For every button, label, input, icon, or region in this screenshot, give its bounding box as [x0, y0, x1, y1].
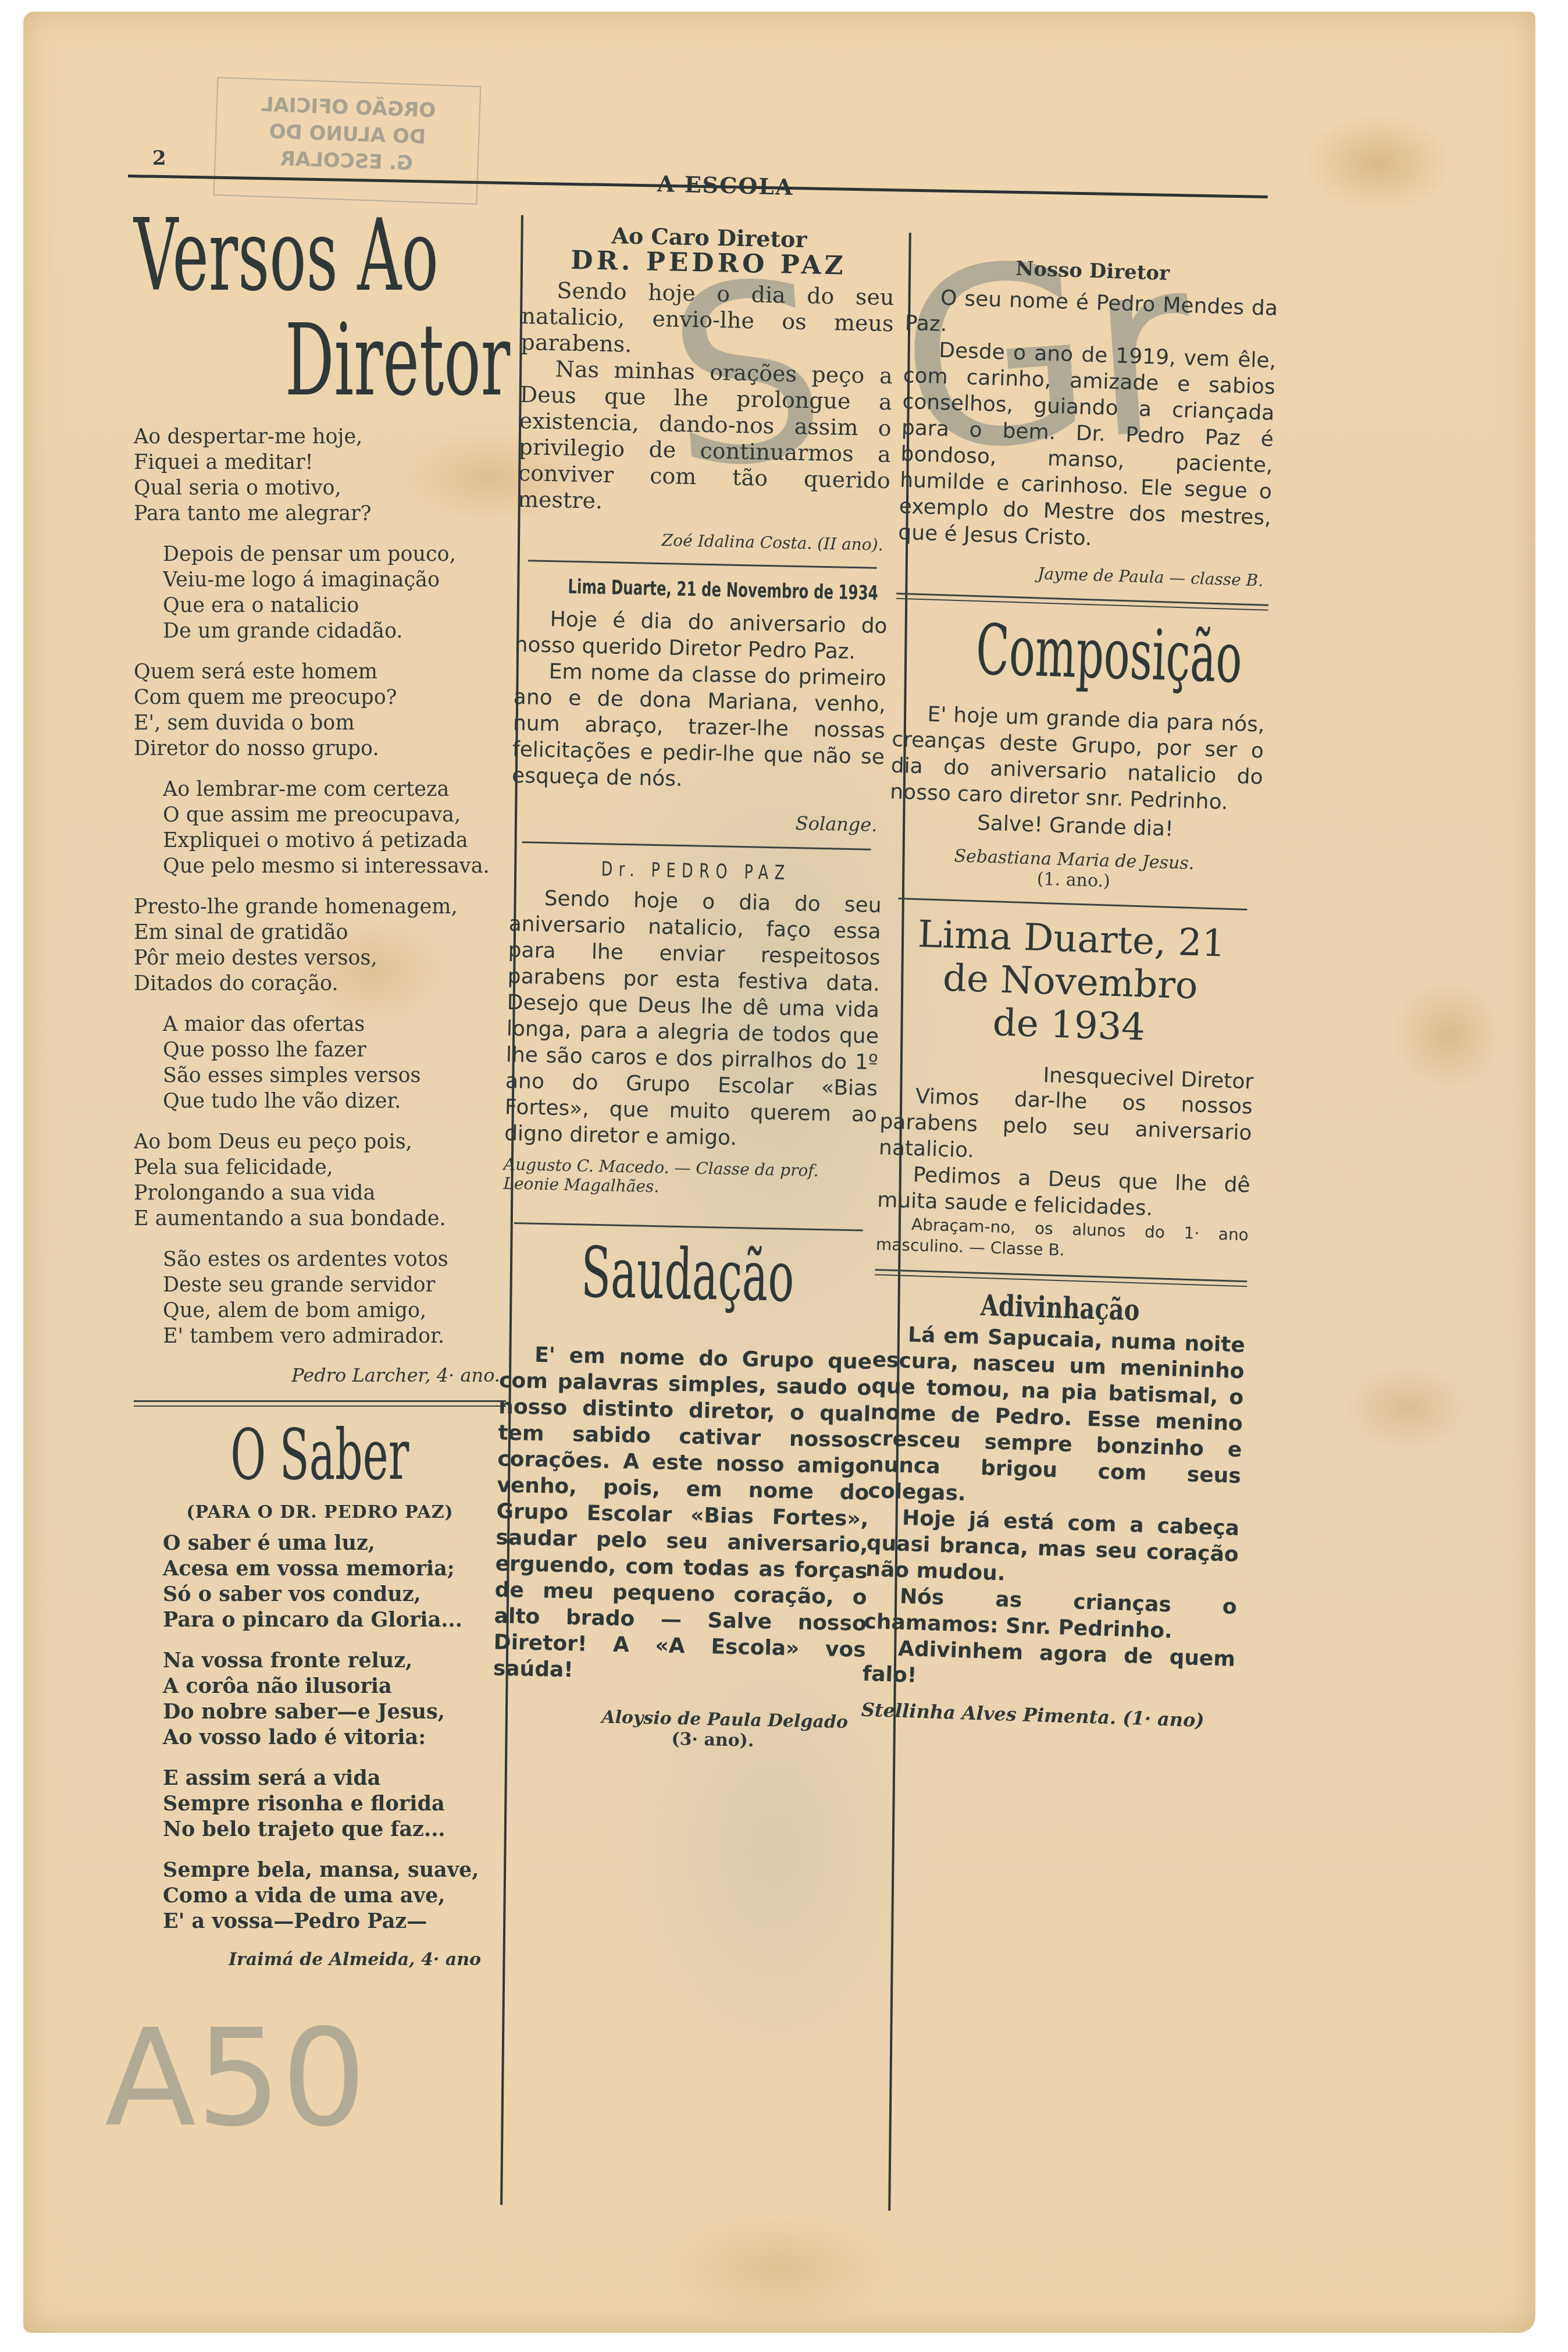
- article-dr-pedro-paz: Dr. PEDRO PAZ Sendo hoje o dia do seu an…: [503, 856, 882, 1201]
- paragraph: Adivinhem agora de quem falo!: [862, 1635, 1236, 1699]
- paragraph: Desde o ano de 1919, vem êle, com carinh…: [898, 336, 1277, 557]
- page-number: 2: [152, 147, 166, 170]
- paragraph: Sendo hoje o dia do seu natalicio, envio…: [521, 277, 895, 363]
- stanza: Ao bom Deus eu peço pois, Pela sua felic…: [134, 1129, 506, 1232]
- article-body: E' hoje um grande dia para nós, creanças…: [890, 700, 1265, 817]
- poem-line: A corôa não ilusoria: [163, 1674, 506, 1699]
- article-ao-caro-diretor: Ao Caro Diretor DR. PEDRO PAZ Sendo hoje…: [516, 221, 896, 554]
- stanza: O saber é uma luz, Acesa em vossa memori…: [163, 1531, 506, 1633]
- poem-line: Deste seu grande servidor: [163, 1272, 506, 1298]
- stanza: São estes os ardentes votos Deste seu gr…: [134, 1247, 506, 1349]
- article-heading: Dr. PEDRO PAZ: [556, 856, 836, 885]
- poem-line: São estes os ardentes votos: [163, 1247, 506, 1272]
- poem-line: Ditados do coração.: [134, 971, 506, 997]
- author-signature: Jayme de Paula — classe B.: [897, 560, 1264, 590]
- stanza: E assim será a vida Sempre risonha e flo…: [163, 1766, 506, 1842]
- poem-line: Que era o natalicio: [163, 593, 506, 618]
- article-body: Hoje é dia do aniversario do nosso queri…: [512, 606, 888, 796]
- poem-line: Sempre risonha e florida: [163, 1791, 506, 1817]
- section-divider: [514, 1222, 863, 1232]
- poem-line: E' a vossa—Pedro Paz—: [163, 1909, 506, 1934]
- article-nosso-diretor: Nosso Diretor O seu nome é Pedro Mendes …: [897, 252, 1279, 590]
- date-heading: Lima Duarte, 21 de Novembro de 1934: [882, 912, 1259, 1052]
- poem-line: E assim será a vida: [163, 1766, 506, 1791]
- poem-line: Do nobre saber—e Jesus,: [163, 1699, 506, 1725]
- article-body: E' em nome do Grupo que com palavras sim…: [493, 1342, 872, 1689]
- author-signature: Iraimá de Almeida, 4· ano: [134, 1949, 506, 1970]
- article-title: Diretor: [285, 311, 422, 410]
- title-wrap: Composição: [893, 613, 1267, 695]
- poem-line: Veiu-me logo á imaginação: [163, 567, 506, 593]
- paragraph: E' hoje um grande dia para nós, creanças…: [890, 700, 1265, 817]
- article-body: Sendo hoje o dia do seu aniversario nata…: [504, 885, 882, 1154]
- poem-line: O saber é uma luz,: [163, 1531, 506, 1556]
- section-divider: [528, 560, 877, 569]
- poem-line: Ao vosso lado é vitoria:: [163, 1725, 506, 1750]
- section-divider: [899, 898, 1248, 910]
- section-divider: [522, 841, 871, 851]
- paragraph: Vimos dar-lhe os nossos parabens pelo se…: [878, 1082, 1253, 1172]
- poem-line: Que pelo mesmo si interessava.: [163, 853, 506, 879]
- article-versos-ao-diretor: Versos Ao Diretor Ao despertar-me hoje, …: [134, 207, 506, 1386]
- article-title: Versos Ao: [134, 207, 365, 305]
- poem-line: Sempre bela, mansa, suave,: [163, 1858, 506, 1883]
- stanza: Presto-lhe grande homenagem, Em sinal de…: [134, 894, 506, 997]
- article-adivinhacao: Adivinhação Lá em Sapucaia, numa noite e…: [861, 1289, 1246, 1732]
- poem-line: Ao bom Deus eu peço pois,: [134, 1129, 506, 1155]
- poem-line: A maior das ofertas: [163, 1012, 506, 1037]
- stanza: Depois de pensar um pouco, Veiu-me logo …: [134, 542, 506, 644]
- section-divider: [875, 1269, 1247, 1287]
- poem-line: No belo trajeto que faz...: [163, 1817, 506, 1842]
- poem-line: Como a vida de uma ave,: [163, 1883, 506, 1909]
- paragraph: E' em nome do Grupo que com palavras sim…: [493, 1342, 872, 1689]
- article-lima-duarte-big: Lima Duarte, 21 de Novembro de 1934 Ines…: [875, 912, 1258, 1266]
- column-right: Nosso Diretor O seu nome é Pedro Mendes …: [861, 244, 1279, 1732]
- article-o-saber: O Saber (PARA O DR. PEDRO PAZ) O saber é…: [134, 1421, 506, 1970]
- article-title: O Saber: [230, 1421, 409, 1490]
- column-middle: Ao Caro Diretor DR. PEDRO PAZ Sendo hoje…: [491, 221, 896, 1753]
- poem-line: E aumentando a sua bondade.: [134, 1206, 506, 1232]
- title-wrap: O Saber: [134, 1421, 506, 1490]
- article-heading: DR. PEDRO PAZ: [522, 247, 895, 280]
- title-wrap: Saudação: [501, 1237, 874, 1314]
- poem-line: Para o pincaro da Gloria...: [163, 1607, 506, 1633]
- rubber-stamp: ORGÃO OFICIAL DO ALUNO DO G. ESCOLAR: [213, 77, 482, 205]
- article-subtitle: (PARA O DR. PEDRO PAZ): [134, 1502, 506, 1522]
- poem-line: Pôr meio destes versos,: [134, 945, 506, 971]
- article-title: Adivinhação: [911, 1290, 1209, 1325]
- poem-line: Na vossa fronte reluz,: [163, 1648, 506, 1674]
- poem-line: São esses simples versos: [163, 1063, 506, 1088]
- poem-line: Depois de pensar um pouco,: [163, 542, 506, 567]
- poem-line: Em sinal de gratidão: [134, 920, 506, 945]
- poem-line: Ao lembrar-me com certeza: [163, 777, 506, 802]
- poem-line: Quem será este homem: [134, 659, 506, 685]
- article-composicao: Composição E' hoje um grande dia para nó…: [887, 613, 1267, 896]
- paragraph: Sendo hoje o dia do seu aniversario nata…: [504, 885, 882, 1154]
- stanza: Sempre bela, mansa, suave, Como a vida d…: [163, 1858, 506, 1934]
- stanza: Ao lembrar-me com certeza O que assim me…: [134, 777, 506, 879]
- author-signature: Pedro Larcher, 4· ano.: [134, 1364, 500, 1386]
- section-divider: [896, 593, 1268, 611]
- author-signature: Zoé Idalina Costa. (II ano).: [516, 528, 883, 554]
- poem-line: De um grande cidadão.: [163, 618, 506, 644]
- poem-line: Com quem me preocupo?: [134, 685, 506, 710]
- poem-line: O que assim me preocupava,: [163, 802, 506, 828]
- stanza: Ao despertar-me hoje, Fiquei a meditar! …: [134, 424, 506, 526]
- poem-line: Fiquei a meditar!: [134, 450, 506, 475]
- paragraph: Lá em Sapucaia, numa noite escura, nasce…: [868, 1321, 1246, 1515]
- stanza: A maior das ofertas Que posso lhe fazer …: [134, 1012, 506, 1114]
- article-body: Vimos dar-lhe os nossos parabens pelo se…: [875, 1082, 1253, 1266]
- article-body: Lá em Sapucaia, numa noite escura, nasce…: [862, 1321, 1245, 1699]
- article-body: O seu nome é Pedro Mendes da Paz. Desde …: [898, 284, 1278, 557]
- paragraph: Nas minhas orações peço a Deus que lhe p…: [518, 355, 893, 520]
- poem-line: Qual seria o motivo,: [134, 475, 506, 501]
- poem-line: Expliquei o motivo á petizada: [163, 828, 506, 853]
- poem: O saber é uma luz, Acesa em vossa memori…: [134, 1531, 506, 1934]
- poem-line: Pela sua felicidade,: [134, 1155, 506, 1180]
- section-divider: [134, 1400, 506, 1407]
- article-lima-duarte: Lima Duarte, 21 de Novembro de 1934 Hoje…: [511, 574, 888, 836]
- poem-line: Que posso lhe fazer: [163, 1037, 506, 1063]
- poem-line: Para tanto me alegrar?: [134, 501, 506, 526]
- poem-line: Diretor do nosso grupo.: [134, 736, 506, 762]
- stanza: Na vossa fronte reluz, A corôa não iluso…: [163, 1648, 506, 1750]
- paragraph: Hoje já está com a cabeça quasi branca, …: [865, 1504, 1240, 1594]
- poem: Ao despertar-me hoje, Fiquei a meditar! …: [134, 424, 506, 1349]
- article-heading: Nosso Diretor: [906, 252, 1279, 290]
- column-left: Versos Ao Diretor Ao despertar-me hoje, …: [134, 207, 506, 1970]
- poem-line: E', sem duvida o bom: [134, 710, 506, 736]
- poem-line: Ao despertar-me hoje,: [134, 424, 506, 450]
- article-title: Saudação: [580, 1238, 794, 1312]
- paragraph: Hoje é dia do aniversario do nosso queri…: [514, 606, 888, 666]
- poem-line: Acesa em vossa memoria;: [163, 1556, 506, 1582]
- poem-line: Presto-lhe grande homenagem,: [134, 894, 506, 920]
- stanza: Quem será este homem Com quem me preocup…: [134, 659, 506, 762]
- article-title: Composição: [975, 615, 1243, 693]
- paragraph: Em nome da classe do primeiro ano e de d…: [512, 658, 887, 796]
- author-signature: Augusto C. Macedo. — Classe da prof. Leo…: [503, 1155, 870, 1201]
- article-heading: Lima Duarte, 21 de Novembro de 1934: [568, 575, 836, 604]
- poem-line: Só o saber vos conduz,: [163, 1582, 506, 1607]
- poem-line: Que, alem de bom amigo,: [163, 1298, 506, 1323]
- article-body: Sendo hoje o dia do seu natalicio, envio…: [518, 277, 895, 520]
- author-signature: Solange.: [511, 806, 878, 836]
- article-saudacao: Saudação E' em nome do Grupo que com pal…: [491, 1237, 874, 1753]
- poem-line: Prolongando a sua vida: [134, 1180, 506, 1206]
- poem-line: Que tudo lhe vão dizer.: [163, 1088, 506, 1114]
- poem-line: E' tambem vero admirador.: [163, 1323, 506, 1349]
